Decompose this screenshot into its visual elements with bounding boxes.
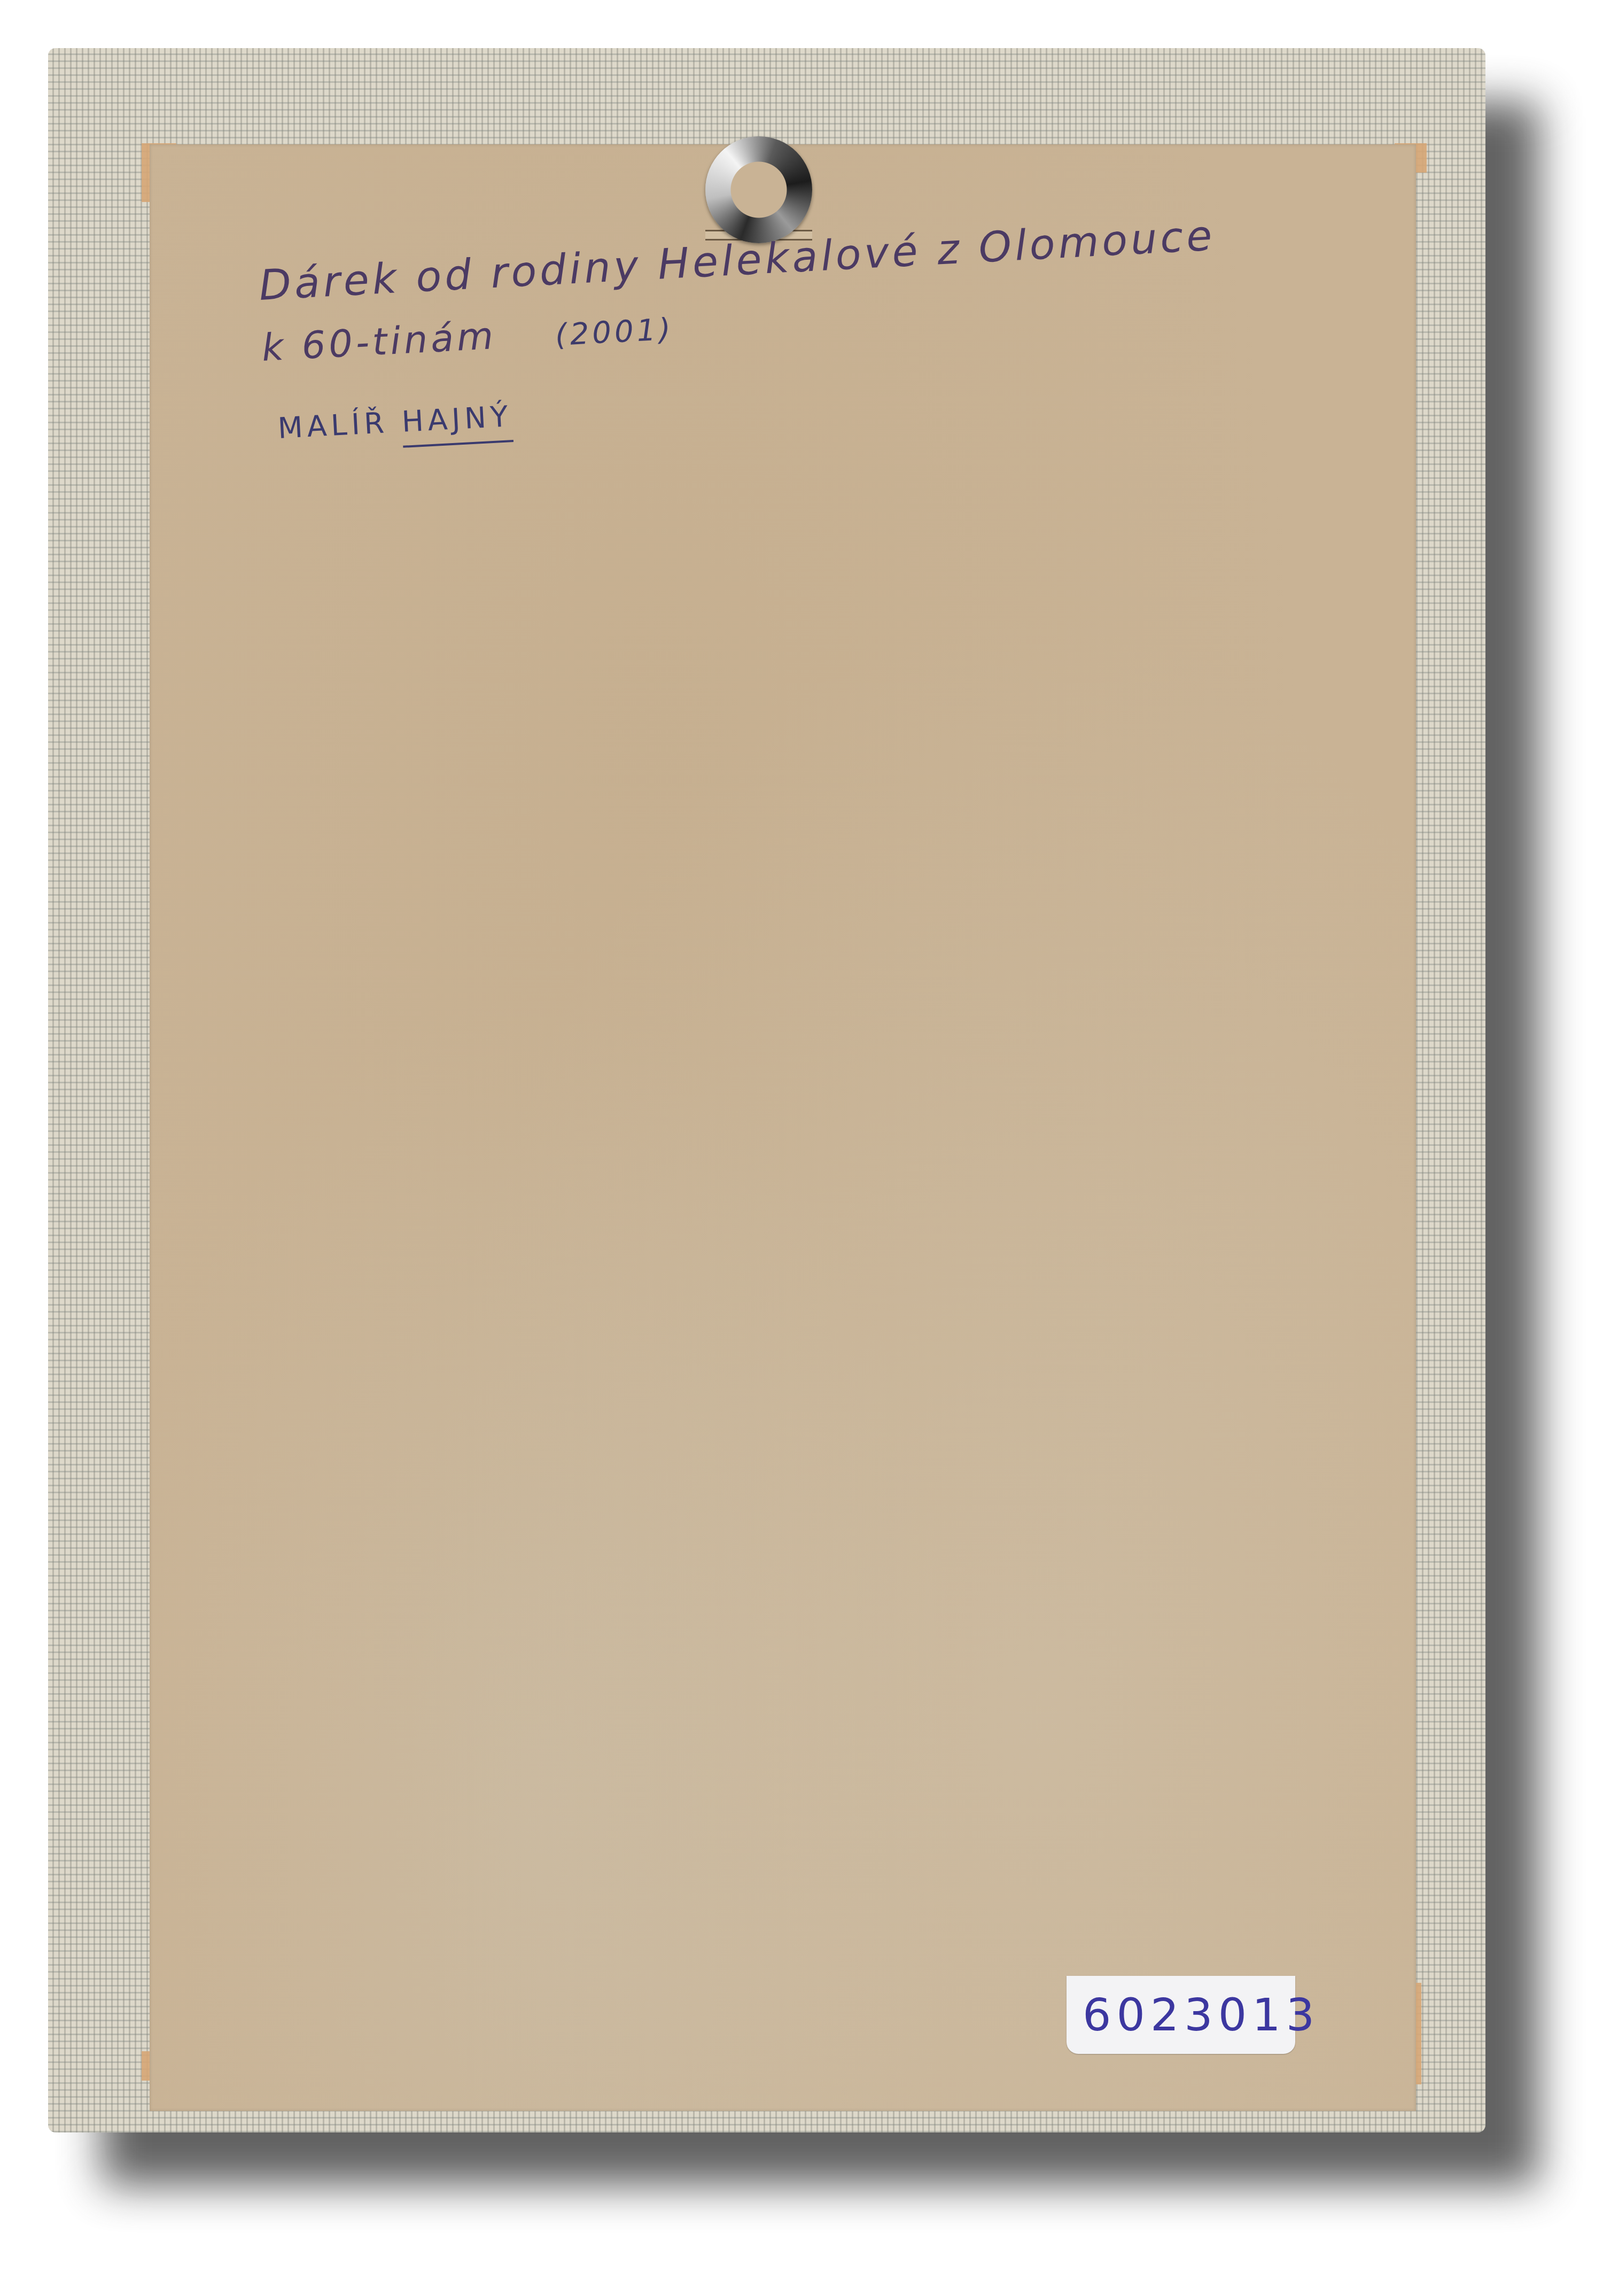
inventory-label: 6023013: [1067, 1976, 1295, 2054]
inventory-number: 6023013: [1083, 1989, 1320, 2041]
painter-name: HAJNÝ: [401, 399, 513, 439]
painter-label: MALÍŘ: [277, 406, 389, 445]
hanging-ring-icon: [705, 136, 812, 243]
inscription-year: (2001): [554, 312, 674, 353]
